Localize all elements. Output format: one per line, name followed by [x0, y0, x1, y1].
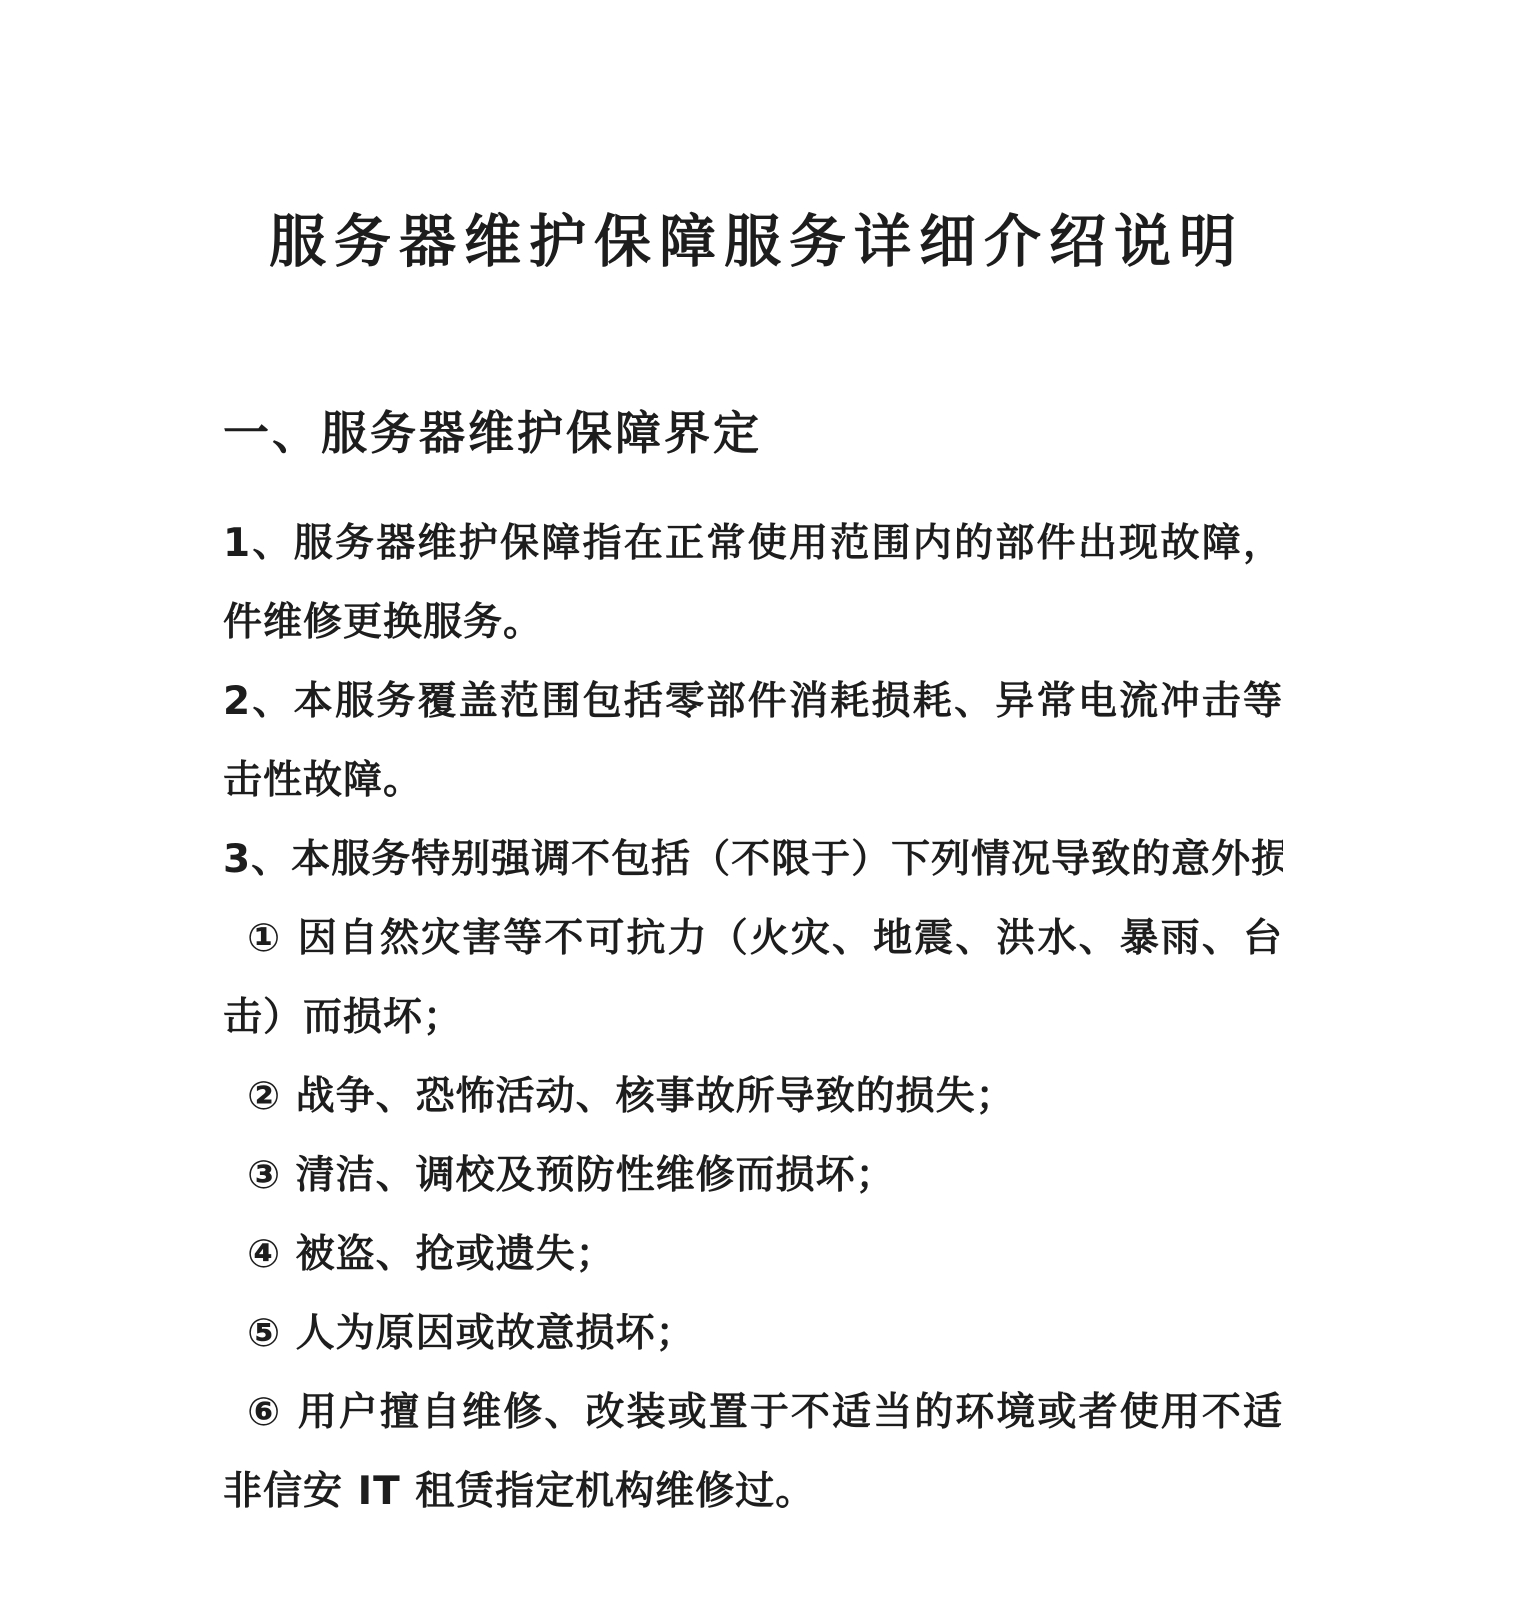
body-line-13: 非信安 IT 租赁指定机构维修过。 [223, 1452, 1283, 1531]
body-line-6: ① 因自然灾害等不可抗力（火灾、地震、洪水、暴雨、台风、雷 [223, 899, 1283, 978]
body-line-11: ⑤ 人为原因或故意损坏； [223, 1294, 1283, 1373]
body-line-4: 击性故障。 [223, 741, 1283, 820]
section-heading: 一、服务器维护保障界定 [0, 280, 1513, 464]
body-line-5: 3、本服务特别强调不包括（不限于）下列情况导致的意外损坏。 [223, 820, 1283, 899]
body-line-9: ③ 清洁、调校及预防性维修而损坏； [223, 1136, 1283, 1215]
body-line-3: 2、本服务覆盖范围包括零部件消耗损耗、异常电流冲击等非人为冲 [223, 662, 1283, 741]
body-line-7: 击）而损坏； [223, 978, 1283, 1057]
section-body: 1、服务器维护保障指在正常使用范围内的部件出现故障，给予零部 件维修更换服务。 … [0, 464, 1513, 1531]
body-line-12: ⑥ 用户擅自维修、改装或置于不适当的环境或者使用不适当、经 [223, 1373, 1283, 1452]
body-line-10: ④ 被盗、抢或遗失； [223, 1215, 1283, 1294]
body-line-1: 1、服务器维护保障指在正常使用范围内的部件出现故障，给予零部 [223, 504, 1283, 583]
body-line-2: 件维修更换服务。 [223, 583, 1283, 662]
body-line-8: ② 战争、恐怖活动、核事故所导致的损失； [223, 1057, 1283, 1136]
document-page: 服务器维护保障服务详细介绍说明 一、服务器维护保障界定 1、服务器维护保障指在正… [0, 0, 1513, 1600]
document-title: 服务器维护保障服务详细介绍说明 [0, 0, 1513, 280]
